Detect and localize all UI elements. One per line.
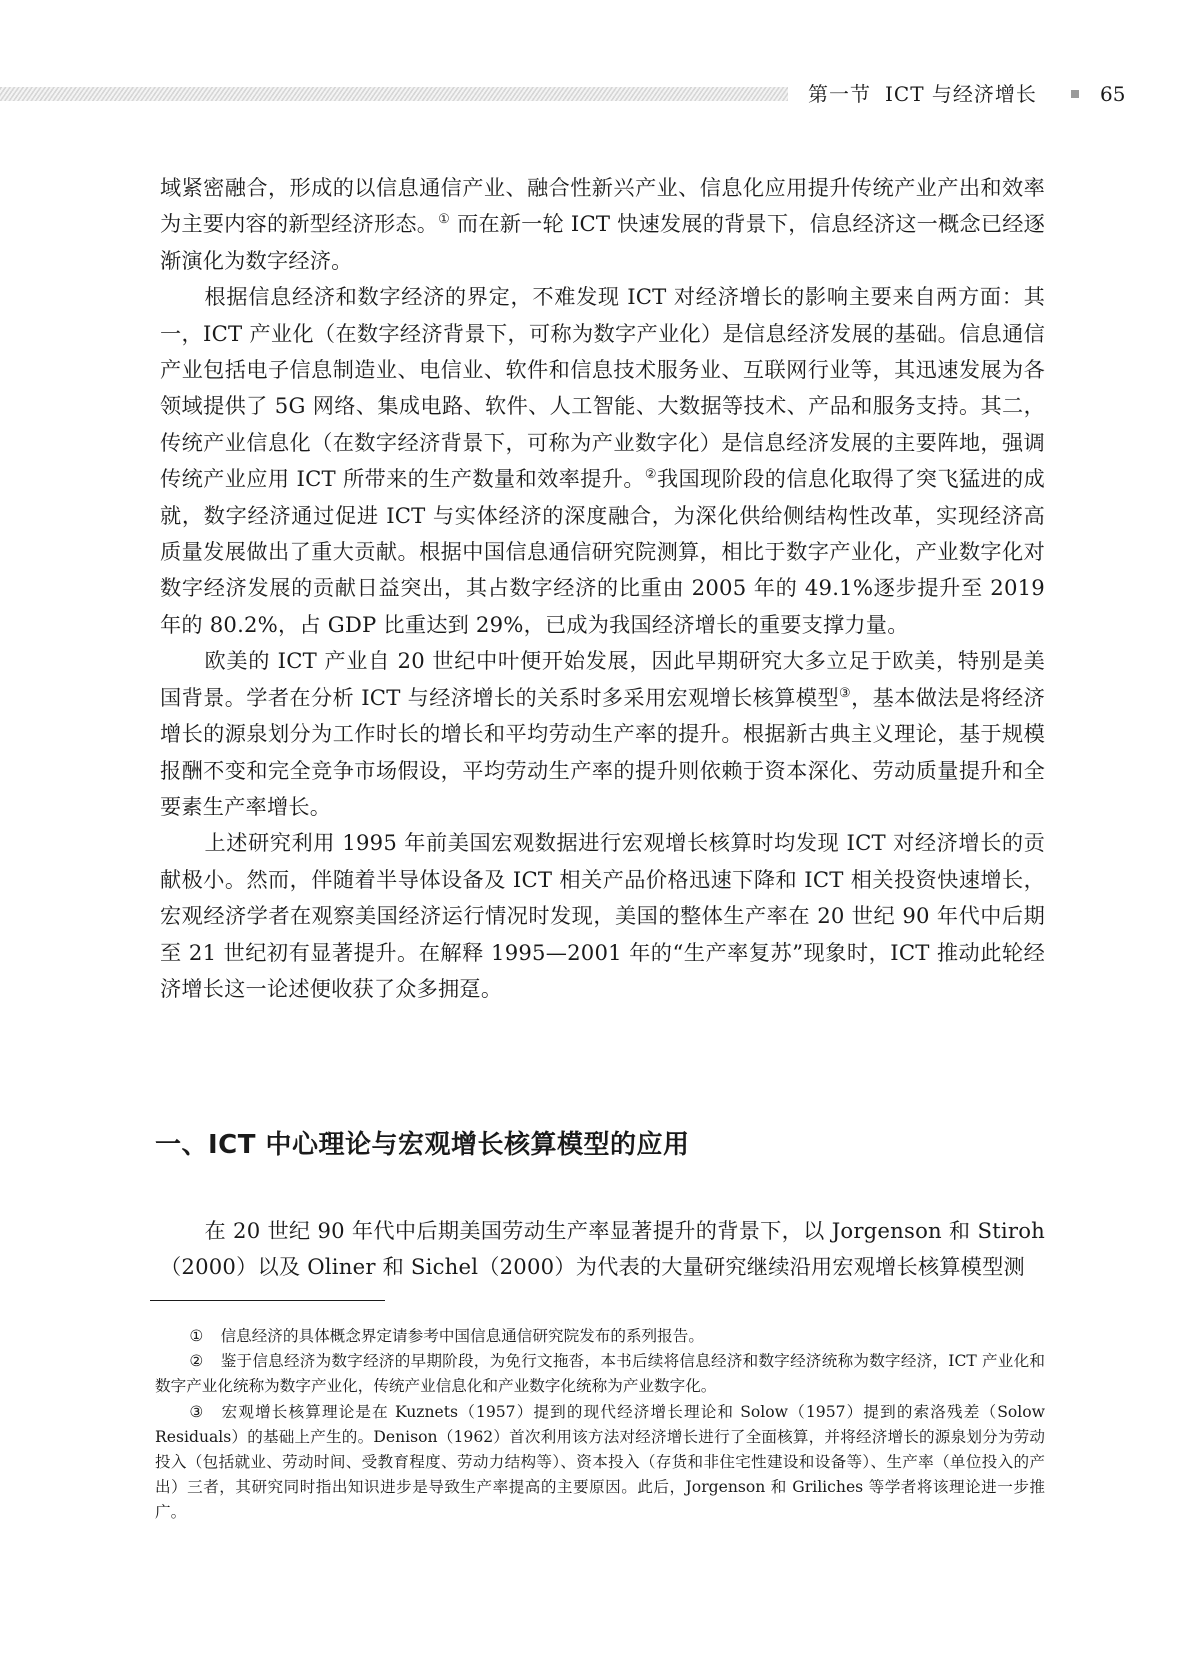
running-header: 第一节ICT 与经济增长 65 — [0, 80, 1203, 110]
header-section-title: ICT 与经济增长 — [885, 82, 1037, 106]
footnote-ref-2[interactable]: ② — [645, 467, 657, 482]
header-section-label: 第一节 — [808, 82, 871, 106]
paragraph: 欧美的 ICT 产业自 20 世纪中叶便开始发展，因此早期研究大多立足于欧美，特… — [160, 643, 1045, 825]
section-heading: 一、ICT 中心理论与宏观增长核算模型的应用 — [155, 1128, 690, 1162]
footnotes: ①信息经济的具体概念界定请参考中国信息通信研究院发布的系列报告。 ②鉴于信息经济… — [155, 1324, 1045, 1526]
footnote-1: ①信息经济的具体概念界定请参考中国信息通信研究院发布的系列报告。 — [155, 1324, 1045, 1349]
footnote-ref-1[interactable]: ① — [438, 212, 450, 227]
paragraph: 在 20 世纪 90 年代中后期美国劳动生产率显著提升的背景下，以 Jorgen… — [160, 1213, 1045, 1286]
page-number: 65 — [1100, 81, 1125, 107]
paragraph: 根据信息经济和数字经济的界定，不难发现 ICT 对经济增长的影响主要来自两方面：… — [160, 279, 1045, 643]
footnote-3: ③宏观增长核算理论是在 Kuznets（1957）提到的现代经济增长理论和 So… — [155, 1400, 1045, 1526]
paragraph: 域紧密融合，形成的以信息通信产业、融合性新兴产业、信息化应用提升传统产业产出和效… — [160, 170, 1045, 279]
footnote-2: ②鉴于信息经济为数字经济的早期阶段，为免行文拖沓，本书后续将信息经济和数字经济统… — [155, 1349, 1045, 1399]
header-title: 第一节ICT 与经济增长 — [808, 81, 1037, 107]
body-text: 域紧密融合，形成的以信息通信产业、融合性新兴产业、信息化应用提升传统产业产出和效… — [160, 170, 1045, 1007]
footnote-ref-3[interactable]: ③ — [839, 686, 851, 701]
body-text-after-heading: 在 20 世纪 90 年代中后期美国劳动生产率显著提升的背景下，以 Jorgen… — [160, 1213, 1045, 1286]
footnote-marker: ② — [189, 1349, 220, 1374]
footnote-divider — [150, 1300, 385, 1301]
footnote-marker: ① — [189, 1324, 220, 1349]
footnote-marker: ③ — [189, 1400, 220, 1425]
header-hatch-decoration — [0, 87, 788, 101]
header-square-icon — [1071, 90, 1079, 98]
paragraph: 上述研究利用 1995 年前美国宏观数据进行宏观增长核算时均发现 ICT 对经济… — [160, 825, 1045, 1007]
